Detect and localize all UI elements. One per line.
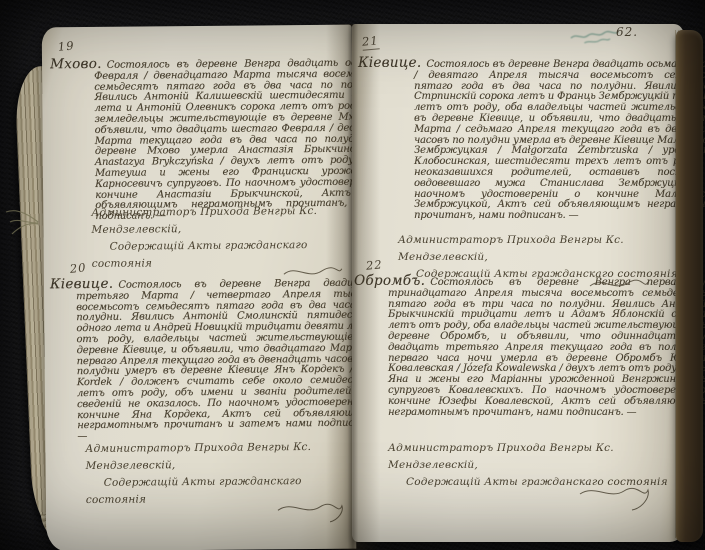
register-entry-22: Обромбъ.Состоялось въ деревне Венгра пер… <box>354 276 705 418</box>
photo-background: 19 Мхово.Состоялось въ деревне Венгра дв… <box>0 0 705 550</box>
register-entry-19: Мхово.Состоялось въ деревне Венгра двадц… <box>50 56 387 223</box>
entry-body-text: Состоялось въ деревне Венгра двадцать тр… <box>76 277 375 442</box>
entry-number-19: 19 <box>57 38 75 54</box>
entry-number-21: 21 <box>361 33 379 48</box>
right-page: 62. 21 Кіевице.Состоялось въ деревне Вен… <box>352 24 684 542</box>
clerk-signature-19: Администраторъ Прихода Венгры Кс. Мендзе… <box>91 203 354 282</box>
clerk-signature-20: Администраторъ Прихода Венгры Кс. Мендзе… <box>85 439 356 526</box>
entry-body-text: Состоялось въ деревне Венгра перваго / т… <box>388 277 705 418</box>
signature-line: Администраторъ Прихода Венгры Кс. Мендзе… <box>398 232 684 266</box>
entry-body-text: Состоялось въ деревне Венгра двадцать ос… <box>94 57 387 222</box>
frayed-thread-icon <box>0 192 46 252</box>
entry-number-label: 21 <box>361 33 379 50</box>
register-entry-21: Кіевице.Состоялось въ деревне Венгра два… <box>358 58 705 222</box>
register-entry-20: Кіевице.Состоялось въ деревне Венгра два… <box>50 276 375 443</box>
left-page: 19 Мхово.Состоялось въ деревне Венгра дв… <box>42 25 357 550</box>
clerk-signature-22: Администраторъ Прихода Венгры Кс. Мендзе… <box>388 440 684 512</box>
signature-flourish-icon <box>578 486 652 512</box>
entry-place-name: Кіевице. <box>358 55 426 71</box>
signature-line: Администраторъ Прихода Венгры Кс. Мендзе… <box>91 203 353 239</box>
signature-line: Администраторъ Прихода Венгры Кс. Мендзе… <box>388 440 684 474</box>
entry-place-name: Обромбъ. <box>354 273 430 289</box>
archive-stamp-icon <box>567 27 622 50</box>
signature-flourish-icon <box>276 502 346 525</box>
entry-number-22: 22 <box>365 257 383 272</box>
book-cover-edge <box>676 30 703 542</box>
folio-number: 62. <box>616 25 638 39</box>
signature-line: Администраторъ Прихода Венгры Кс. Мендзе… <box>85 439 355 475</box>
entry-body-text: Состоялось въ деревне Венгра двадцать ос… <box>414 59 705 221</box>
entry-number-20: 20 <box>69 260 87 276</box>
